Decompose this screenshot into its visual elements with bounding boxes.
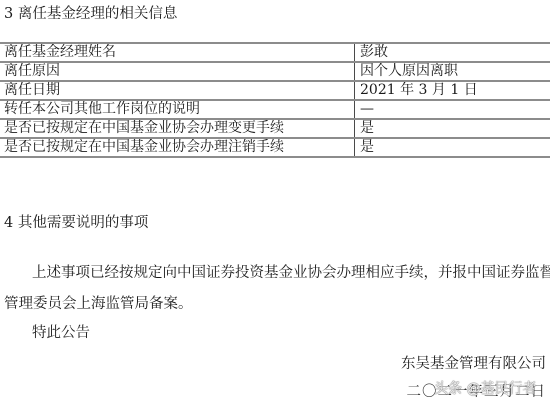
row-value: — — [355, 100, 550, 119]
row-value: 彭敢 — [355, 43, 550, 62]
section3-title: 3 离任基金经理的相关信息 — [4, 5, 177, 23]
row-label: 是否已按规定在中国基金业协会办理注销手续 — [0, 138, 355, 157]
row-label: 离任日期 — [0, 81, 355, 100]
table-row: 是否已按规定在中国基金业协会办理注销手续 是 — [0, 138, 550, 157]
row-value: 2021 年 3 月 1 日 — [355, 81, 550, 100]
departing-manager-info-table: 离任基金经理姓名 彭敢 离任原因 因个人原因离职 离任日期 2021 年 3 月… — [0, 42, 550, 158]
table-row: 离任原因 因个人原因离职 — [0, 62, 550, 81]
table-row: 离任日期 2021 年 3 月 1 日 — [0, 81, 550, 100]
row-value: 是 — [355, 138, 550, 157]
watermark: 头条 @基民行者 — [434, 380, 536, 398]
paragraph-line-1: 上述事项已经按规定向中国证券投资基金业协会办理相应手续，并报中国证券监督 — [32, 264, 550, 282]
paragraph-line-2: 管理委员会上海监管局备案。 — [4, 295, 550, 313]
table-row: 离任基金经理姓名 彭敢 — [0, 43, 550, 62]
row-value: 是 — [355, 119, 550, 138]
table-row: 是否已按规定在中国基金业协会办理变更手续 是 — [0, 119, 550, 138]
company-signature: 东吴基金管理有限公司 — [401, 355, 546, 373]
row-label: 是否已按规定在中国基金业协会办理变更手续 — [0, 119, 355, 138]
row-label: 转任本公司其他工作岗位的说明 — [0, 100, 355, 119]
row-value: 因个人原因离职 — [355, 62, 550, 81]
row-label: 离任基金经理姓名 — [0, 43, 355, 62]
section4-title: 4 其他需要说明的事项 — [4, 214, 148, 232]
table-row: 转任本公司其他工作岗位的说明 — — [0, 100, 550, 119]
closing-statement: 特此公告 — [32, 324, 550, 342]
row-label: 离任原因 — [0, 62, 355, 81]
